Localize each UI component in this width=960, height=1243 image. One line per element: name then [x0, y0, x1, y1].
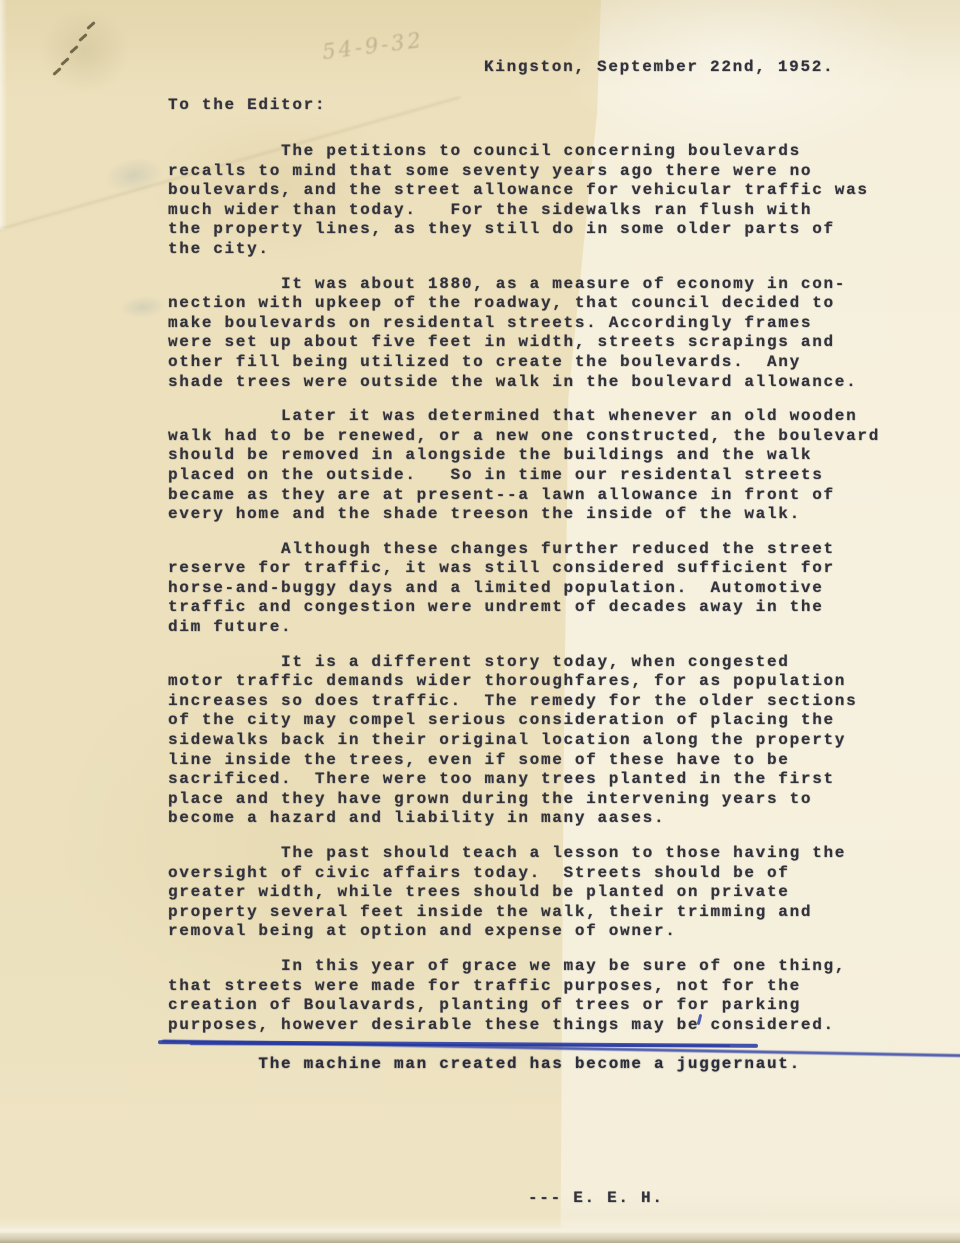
- letter-body: The petitions to council concerning boul…: [168, 142, 912, 1209]
- pen-strikethrough: [190, 1044, 730, 1047]
- dateline: Kingston, September 22nd, 1952.: [484, 58, 834, 78]
- struck-sentence: The machine man created has become a jug…: [168, 1035, 912, 1153]
- paragraph: It is a different story today, when cong…: [168, 653, 912, 829]
- paragraph: It was about 1880, as a measure of econo…: [168, 275, 912, 393]
- paper-left-edge: [0, 0, 7, 230]
- signature-initials: --- E. E. H.: [528, 1189, 912, 1209]
- paper-bottom-edge: [0, 1231, 960, 1243]
- salutation: To the Editor:: [168, 96, 326, 116]
- paragraph: The past should teach a lesson to those …: [168, 844, 912, 942]
- paragraph: In this year of grace we may be sure of …: [168, 957, 912, 1035]
- staple-blot: [40, 8, 130, 94]
- paragraph-list: The petitions to council concerning boul…: [168, 142, 912, 1035]
- struck-sentence-text: The machine man created has become a jug…: [258, 1055, 800, 1073]
- paper-top-shading: [0, 0, 960, 92]
- scanned-letter-page: 54-9-32 Kingston, September 22nd, 1952. …: [0, 0, 960, 1243]
- pen-strikethrough: [158, 1041, 758, 1049]
- staple-marks: [40, 8, 130, 98]
- paragraph: The petitions to council concerning boul…: [168, 142, 912, 260]
- paragraph: Later it was determined that whenever an…: [168, 407, 912, 525]
- paragraph: Although these changes further reduced t…: [168, 540, 912, 638]
